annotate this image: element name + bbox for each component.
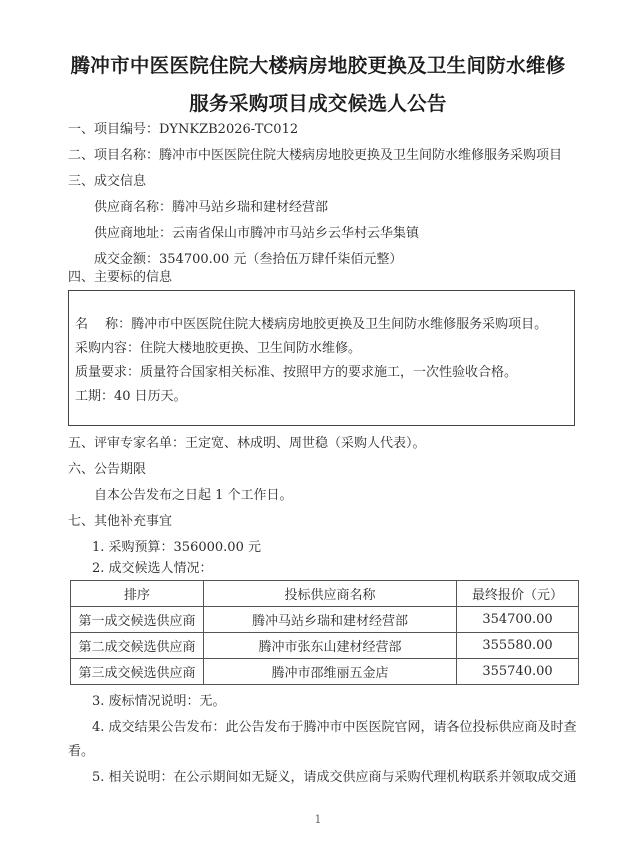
- cell-supplier: 腾冲马站乡瑞和建材经营部: [204, 607, 457, 633]
- title-line-2: 服务采购项目成交候选人公告: [0, 88, 636, 116]
- header-supplier: 投标供应商名称: [204, 581, 457, 607]
- subject-name: 名 称：腾冲市中医医院住院大楼病房地胶更换及卫生间防水维修服务采购项目。: [75, 317, 547, 333]
- related-notes: 5. 相关说明：在公示期间如无疑义，请成交供应商与采购代理机构联系并领取成交通: [92, 770, 577, 786]
- section-main-subject-heading: 四、主要标的信息: [68, 270, 172, 286]
- section-deal-info-heading: 三、成交信息: [68, 174, 146, 190]
- notice-period-text: 自本公告发布之日起 1 个工作日。: [94, 488, 293, 504]
- result-publication-line1: 4. 成交结果公告发布：此公告发布于腾冲市中医医院官网，请各位投标供应商及时查: [92, 720, 577, 736]
- cell-rank: 第三成交候选供应商: [71, 659, 204, 685]
- cell-price: 355580.00: [457, 633, 579, 659]
- deal-amount: 成交金额：354700.00 元（叁拾伍万肆仟柒佰元整）: [94, 252, 402, 268]
- subject-period: 工期：40 日历天。: [75, 389, 187, 405]
- subject-content: 采购内容：住院大楼地胶更换、卫生间防水维修。: [75, 341, 361, 357]
- header-price: 最终报价（元）: [457, 581, 579, 607]
- header-rank: 排序: [71, 581, 204, 607]
- cell-price: 355740.00: [457, 659, 579, 685]
- table-row: 第一成交候选供应商 腾冲马站乡瑞和建材经营部 354700.00: [71, 607, 579, 633]
- section-other-matters-heading: 七、其他补充事宜: [68, 514, 172, 530]
- subject-quality: 质量要求：质量符合国家相关标准、按照甲方的要求施工，一次性验收合格。: [75, 365, 517, 381]
- expert-list: 五、评审专家名单：王定宽、林成明、周世稳（采购人代表）。: [68, 436, 426, 452]
- cell-price: 354700.00: [457, 607, 579, 633]
- page-number: 1: [0, 813, 636, 826]
- cell-rank: 第一成交候选供应商: [71, 607, 204, 633]
- section-notice-period-heading: 六、公告期限: [68, 462, 146, 478]
- cell-rank: 第二成交候选供应商: [71, 633, 204, 659]
- candidates-caption: 2. 成交候选人情况：: [92, 561, 213, 577]
- supplier-address: 供应商地址：云南省保山市腾冲市马站乡云华村云华集镇: [94, 226, 419, 242]
- cell-supplier: 腾冲市邵维丽五金店: [204, 659, 457, 685]
- project-name: 二、项目名称：腾冲市中医医院住院大楼病房地胶更换及卫生间防水维修服务采购项目: [68, 148, 562, 164]
- supplier-name: 供应商名称：腾冲马站乡瑞和建材经营部: [94, 200, 328, 216]
- table-row: 第三成交候选供应商 腾冲市邵维丽五金店 355740.00: [71, 659, 579, 685]
- document-page: 腾冲市中医医院住院大楼病房地胶更换及卫生间防水维修 服务采购项目成交候选人公告 …: [0, 0, 636, 861]
- subject-info-box: 名 称：腾冲市中医医院住院大楼病房地胶更换及卫生间防水维修服务采购项目。 采购内…: [68, 290, 575, 426]
- table-header-row: 排序 投标供应商名称 最终报价（元）: [71, 581, 579, 607]
- bid-failure-note: 3. 废标情况说明：无。: [92, 694, 226, 710]
- candidates-table: 排序 投标供应商名称 最终报价（元） 第一成交候选供应商 腾冲马站乡瑞和建材经营…: [70, 580, 579, 685]
- result-publication-line2: 看。: [68, 744, 94, 760]
- procurement-budget: 1. 采购预算：356000.00 元: [92, 540, 261, 556]
- project-number: 一、项目编号：DYNKZB2026-TC012: [68, 122, 298, 138]
- cell-supplier: 腾冲市张东山建材经营部: [204, 633, 457, 659]
- table-row: 第二成交候选供应商 腾冲市张东山建材经营部 355580.00: [71, 633, 579, 659]
- title-line-1: 腾冲市中医医院住院大楼病房地胶更换及卫生间防水维修: [0, 50, 636, 78]
